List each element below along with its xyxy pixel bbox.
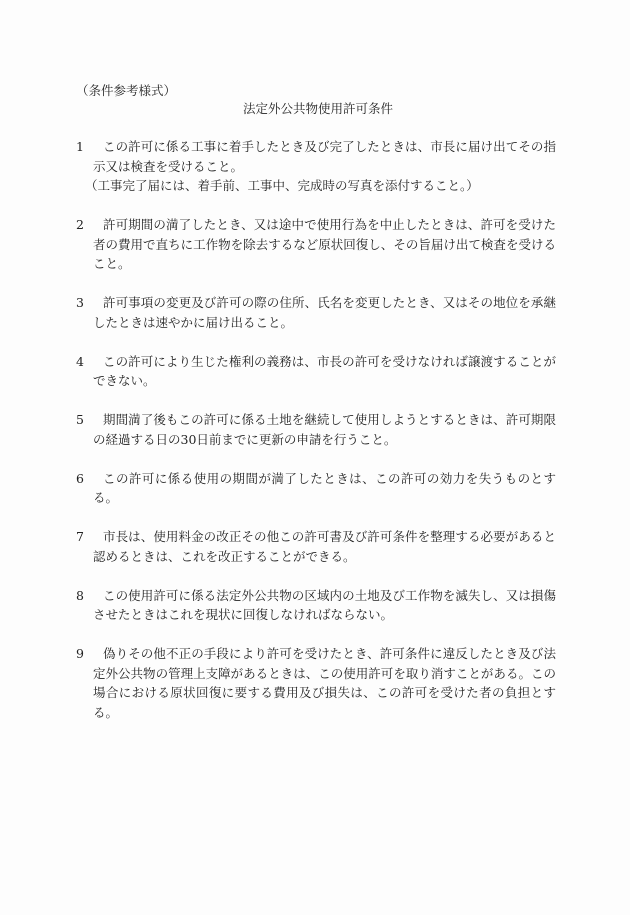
clause-number: 3 — [76, 293, 90, 313]
clause-8: 8 この使用許可に係る法定外公共物の区域内の土地及び工作物を滅失し、又は損傷させ… — [76, 586, 556, 625]
clause-text: 許可事項の変更及び許可の際の住所、氏名を変更したとき、又はその地位を承継したとき… — [93, 293, 556, 332]
clause-note: （工事完了届には、着手前、工事中、完成時の写真を添付すること。） — [85, 176, 556, 196]
clause-text: 偽りその他不正の手段により許可を受けたとき、許可条件に違反したとき及び法定外公共… — [93, 644, 556, 722]
clause-text: この許可に係る使用の期間が満了したときは、この許可の効力を失うものとする。 — [93, 469, 556, 508]
clause-2: 2 許可期間の満了したとき、又は途中で使用行為を中止したときは、許可を受けた者の… — [76, 215, 556, 274]
clause-number: 6 — [76, 469, 90, 489]
clause-3: 3 許可事項の変更及び許可の際の住所、氏名を変更したとき、又はその地位を承継した… — [76, 293, 556, 332]
clause-number: 1 — [76, 137, 90, 157]
clause-text: 許可期間の満了したとき、又は途中で使用行為を中止したときは、許可を受けた者の費用… — [93, 215, 556, 274]
clause-6: 6 この許可に係る使用の期間が満了したときは、この許可の効力を失うものとする。 — [76, 469, 556, 508]
clause-4: 4 この許可により生じた権利の義務は、市長の許可を受けなければ譲渡することができ… — [76, 352, 556, 391]
clause-text: この許可に係る工事に着手したとき及び完了したときは、市長に届け出てその指示又は検… — [93, 137, 556, 176]
clause-number: 7 — [76, 527, 90, 547]
clause-number: 8 — [76, 586, 90, 606]
document-page: （条件参考様式） 法定外公共物使用許可条件 1 この許可に係る工事に着手したとき… — [0, 0, 630, 915]
clause-text: 市長は、使用料金の改正その他この許可書及び許可条件を整理する必要があると認めると… — [93, 527, 556, 566]
clause-7: 7 市長は、使用料金の改正その他この許可書及び許可条件を整理する必要があると認め… — [76, 527, 556, 566]
clause-9: 9 偽りその他不正の手段により許可を受けたとき、許可条件に違反したとき及び法定外… — [76, 644, 556, 722]
clause-5: 5 期間満了後もこの許可に係る土地を継続して使用しようとするときは、許可期限の経… — [76, 410, 556, 449]
clause-number: 4 — [76, 352, 90, 372]
form-label: （条件参考様式） — [76, 82, 176, 100]
clause-text: 期間満了後もこの許可に係る土地を継続して使用しようとするときは、許可期限の経過す… — [93, 410, 556, 449]
clause-text: この許可により生じた権利の義務は、市長の許可を受けなければ譲渡することができない… — [93, 352, 556, 391]
document-title: 法定外公共物使用許可条件 — [243, 100, 393, 118]
clause-number: 5 — [76, 410, 90, 430]
clause-list: 1 この許可に係る工事に着手したとき及び完了したときは、市長に届け出てその指示又… — [76, 137, 556, 742]
clause-1: 1 この許可に係る工事に着手したとき及び完了したときは、市長に届け出てその指示又… — [76, 137, 556, 196]
clause-number: 9 — [76, 644, 90, 664]
clause-number: 2 — [76, 215, 90, 235]
clause-text: この使用許可に係る法定外公共物の区域内の土地及び工作物を滅失し、又は損傷させたと… — [93, 586, 556, 625]
